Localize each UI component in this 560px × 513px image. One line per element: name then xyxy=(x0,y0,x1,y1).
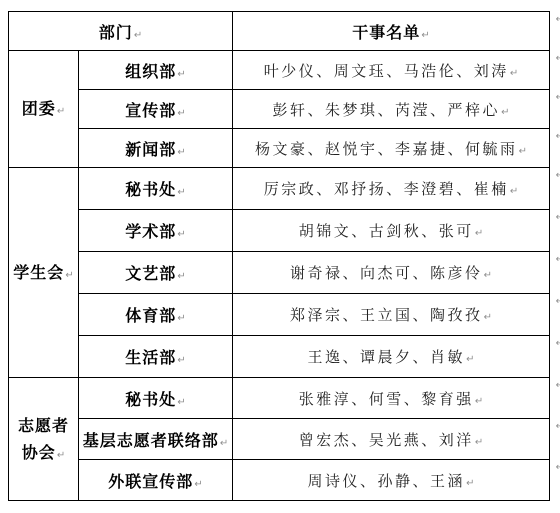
table-row: 志愿者 协会↵ 秘书处↵ 张雅淳、何雪、黎育强↵ ↵ xyxy=(9,378,550,419)
dept-name: 学术部 xyxy=(125,222,176,241)
paragraph-mark-icon: ↵ xyxy=(475,228,483,239)
paragraph-mark-icon: ↵ xyxy=(177,313,185,324)
header-roster-label: 干事名单 xyxy=(352,23,420,42)
paragraph-mark-icon: ↵ xyxy=(466,354,474,365)
dept-name: 秘书处 xyxy=(125,180,176,199)
table-row: 基层志愿者联络部↵ 曾宏杰、吴光燕、刘洋↵ ↵ xyxy=(9,419,550,460)
row-end-mark-icon: ↵ xyxy=(556,53,560,64)
paragraph-mark-icon: ↵ xyxy=(421,30,429,41)
header-cell-roster: 干事名单↵ ↵ xyxy=(233,12,550,51)
org-roster-table: 部门↵ 干事名单↵ ↵ 团委↵ 组织部↵ 叶少仪、周文珏、马浩伦、刘涛↵ ↵ 宣… xyxy=(8,11,550,501)
row-end-mark-icon: ↵ xyxy=(556,170,560,181)
paragraph-mark-icon: ↵ xyxy=(484,270,492,281)
table-row: 生活部↵ 王逸、谭晨夕、肖敏↵ ↵ xyxy=(9,336,550,378)
paragraph-mark-icon: ↵ xyxy=(177,355,185,366)
dept-cell: 学术部↵ xyxy=(79,210,233,252)
paragraph-mark-icon: ↵ xyxy=(177,108,185,119)
group-cell-student-union: 学生会↵ xyxy=(9,168,79,378)
members-list: 曾宏杰、吴光燕、刘洋 xyxy=(299,431,474,449)
paragraph-mark-icon: ↵ xyxy=(466,478,474,489)
dept-cell: 组织部↵ xyxy=(79,51,233,90)
dept-name: 基层志愿者联络部 xyxy=(83,431,219,450)
members-list: 叶少仪、周文珏、马浩伦、刘涛 xyxy=(264,62,509,80)
paragraph-mark-icon: ↵ xyxy=(194,479,202,490)
row-end-mark-icon: ↵ xyxy=(556,380,560,391)
dept-name: 文艺部 xyxy=(125,264,176,283)
paragraph-mark-icon: ↵ xyxy=(177,229,185,240)
table-row: 新闻部↵ 杨文豪、赵悦宇、李嘉捷、何毓雨↵ ↵ xyxy=(9,129,550,168)
members-list: 谢奇禄、向杰可、陈彦伶 xyxy=(290,264,483,282)
table-header-row: 部门↵ 干事名单↵ ↵ xyxy=(9,12,550,51)
members-cell: 杨文豪、赵悦宇、李嘉捷、何毓雨↵ ↵ xyxy=(233,129,550,168)
members-list: 郑泽宗、王立国、陶孜孜 xyxy=(290,306,483,324)
paragraph-mark-icon: ↵ xyxy=(519,146,527,157)
row-end-mark-icon: ↵ xyxy=(556,131,560,142)
header-department-label: 部门 xyxy=(99,23,133,42)
paragraph-mark-icon: ↵ xyxy=(177,271,185,282)
table-row: 团委↵ 组织部↵ 叶少仪、周文珏、马浩伦、刘涛↵ ↵ xyxy=(9,51,550,90)
table-row: 学生会↵ 秘书处↵ 厉宗政、邓抒扬、李澄碧、崔楠↵ ↵ xyxy=(9,168,550,210)
dept-name: 外联宣传部 xyxy=(108,472,193,491)
paragraph-mark-icon: ↵ xyxy=(475,437,483,448)
members-cell: 胡锦文、古剑秋、张可↵ ↵ xyxy=(233,210,550,252)
row-end-mark-icon: ↵ xyxy=(556,14,560,25)
members-cell: 张雅淳、何雪、黎育强↵ ↵ xyxy=(233,378,550,419)
row-end-mark-icon: ↵ xyxy=(556,421,560,432)
header-cell-department: 部门↵ xyxy=(9,12,233,51)
group-name: 学生会 xyxy=(13,263,64,282)
group-name: 团委 xyxy=(22,99,56,118)
members-list: 王逸、谭晨夕、肖敏 xyxy=(308,348,466,366)
dept-cell: 宣传部↵ xyxy=(79,90,233,129)
dept-cell: 秘书处↵ xyxy=(79,378,233,419)
members-cell: 谢奇禄、向杰可、陈彦伶↵ ↵ xyxy=(233,252,550,294)
row-end-mark-icon: ↵ xyxy=(556,92,560,103)
members-list: 杨文豪、赵悦宇、李嘉捷、何毓雨 xyxy=(255,140,518,158)
group-cell-volunteer-assoc: 志愿者 协会↵ xyxy=(9,378,79,501)
dept-cell: 生活部↵ xyxy=(79,336,233,378)
dept-name: 宣传部 xyxy=(125,101,176,120)
dept-cell: 文艺部↵ xyxy=(79,252,233,294)
dept-name: 秘书处 xyxy=(125,390,176,409)
members-list: 张雅淳、何雪、黎育强 xyxy=(299,390,474,408)
members-cell: 厉宗政、邓抒扬、李澄碧、崔楠↵ ↵ xyxy=(233,168,550,210)
members-cell: 叶少仪、周文珏、马浩伦、刘涛↵ ↵ xyxy=(233,51,550,90)
paragraph-mark-icon: ↵ xyxy=(177,69,185,80)
paragraph-mark-icon: ↵ xyxy=(177,187,185,198)
members-list: 厉宗政、邓抒扬、李澄碧、崔楠 xyxy=(264,180,509,198)
paragraph-mark-icon: ↵ xyxy=(134,30,142,41)
members-cell: 王逸、谭晨夕、肖敏↵ ↵ xyxy=(233,336,550,378)
row-end-mark-icon: ↵ xyxy=(556,254,560,265)
table-row: 学术部↵ 胡锦文、古剑秋、张可↵ ↵ xyxy=(9,210,550,252)
members-cell: 曾宏杰、吴光燕、刘洋↵ ↵ xyxy=(233,419,550,460)
group-cell-youth-league: 团委↵ xyxy=(9,51,79,168)
dept-name: 生活部 xyxy=(125,348,176,367)
dept-cell: 新闻部↵ xyxy=(79,129,233,168)
table-row: 宣传部↵ 彭轩、朱梦琪、芮滢、严梓心↵ ↵ xyxy=(9,90,550,129)
paragraph-mark-icon: ↵ xyxy=(510,186,518,197)
row-end-mark-icon: ↵ xyxy=(556,462,560,473)
paragraph-mark-icon: ↵ xyxy=(177,397,185,408)
paragraph-mark-icon: ↵ xyxy=(510,68,518,79)
row-end-mark-icon: ↵ xyxy=(556,338,560,349)
members-cell: 郑泽宗、王立国、陶孜孜↵ ↵ xyxy=(233,294,550,336)
members-list: 周诗仪、孙静、王涵 xyxy=(308,472,466,490)
dept-cell: 基层志愿者联络部↵ xyxy=(79,419,233,460)
table-row: 体育部↵ 郑泽宗、王立国、陶孜孜↵ ↵ xyxy=(9,294,550,336)
dept-name: 体育部 xyxy=(125,306,176,325)
row-end-mark-icon: ↵ xyxy=(556,212,560,223)
paragraph-mark-icon: ↵ xyxy=(65,270,73,281)
row-end-mark-icon: ↵ xyxy=(556,296,560,307)
dept-cell: 外联宣传部↵ xyxy=(79,460,233,501)
members-list: 彭轩、朱梦琪、芮滢、严梓心 xyxy=(273,101,501,119)
paragraph-mark-icon: ↵ xyxy=(475,396,483,407)
paragraph-mark-icon: ↵ xyxy=(177,147,185,158)
paragraph-mark-icon: ↵ xyxy=(57,450,65,461)
dept-name: 新闻部 xyxy=(125,140,176,159)
paragraph-mark-icon: ↵ xyxy=(220,438,228,449)
table-row: 文艺部↵ 谢奇禄、向杰可、陈彦伶↵ ↵ xyxy=(9,252,550,294)
dept-cell: 秘书处↵ xyxy=(79,168,233,210)
table-row: 外联宣传部↵ 周诗仪、孙静、王涵↵ ↵ xyxy=(9,460,550,501)
members-cell: 彭轩、朱梦琪、芮滢、严梓心↵ ↵ xyxy=(233,90,550,129)
members-list: 胡锦文、古剑秋、张可 xyxy=(299,222,474,240)
dept-cell: 体育部↵ xyxy=(79,294,233,336)
paragraph-mark-icon: ↵ xyxy=(484,312,492,323)
document-page: 部门↵ 干事名单↵ ↵ 团委↵ 组织部↵ 叶少仪、周文珏、马浩伦、刘涛↵ ↵ 宣… xyxy=(8,11,550,501)
paragraph-mark-icon: ↵ xyxy=(57,106,65,117)
paragraph-mark-icon: ↵ xyxy=(501,107,509,118)
dept-name: 组织部 xyxy=(125,62,176,81)
members-cell: 周诗仪、孙静、王涵↵ ↵ xyxy=(233,460,550,501)
